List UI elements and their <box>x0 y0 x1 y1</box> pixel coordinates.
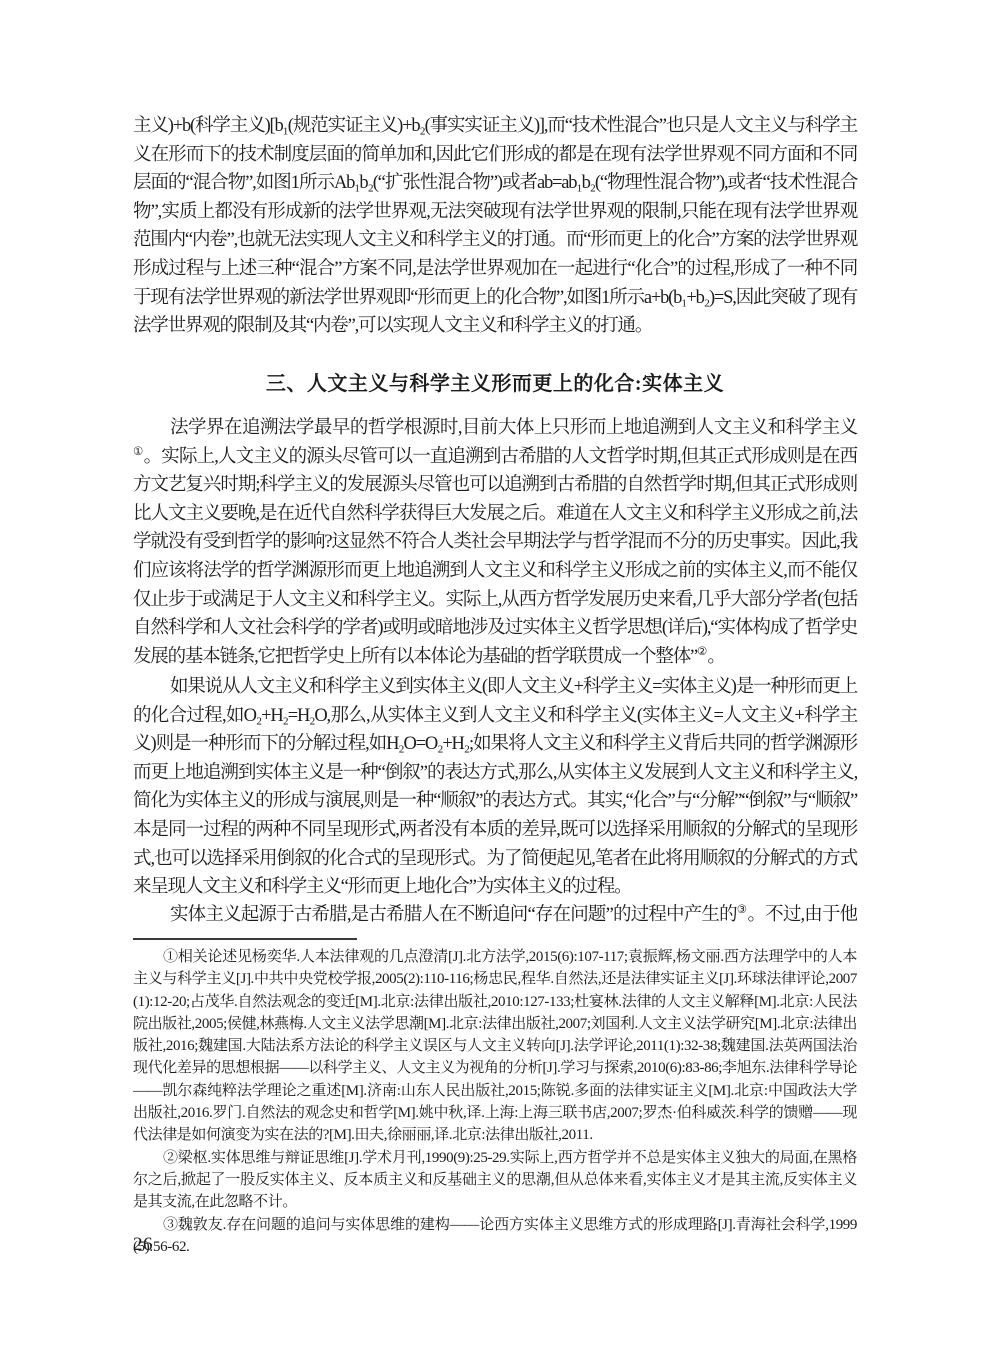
footnote-separator-rule <box>133 938 357 940</box>
paper-page: 主义)+b(科学主义)[b₁(规范实证主义)+b₂(事实实证主义)],而“技术性… <box>0 0 1000 1347</box>
section-heading: 三、人文主义与科学主义形而更上的化合:实体主义 <box>133 367 857 396</box>
footnotes-section: ①相关论述见杨奕华.人本法律观的几点澄清[J].北方法学,2015(6):107… <box>133 946 857 1258</box>
footnote-2: ②梁枢.实体思维与辩证思维[J].学术月刊,1990(9):25-29.实际上,… <box>133 1147 857 1214</box>
body-paragraph-1: 主义)+b(科学主义)[b₁(规范实证主义)+b₂(事实实证主义)],而“技术性… <box>133 112 857 341</box>
body-paragraph-2: 法学界在追溯法学最早的哲学根源时,目前大体上只形而上地追溯到人文主义和科学主义①… <box>133 414 857 671</box>
page-number: 26 <box>133 1234 153 1256</box>
body-paragraph-4: 实体主义起源于古希腊,是古希腊人在不断追问“存在问题”的过程中产生的③。不过,由… <box>133 901 857 931</box>
footnote-1: ①相关论述见杨奕华.人本法律观的几点澄清[J].北方法学,2015(6):107… <box>133 946 857 1147</box>
footnote-3: ③魏敦友.存在问题的追问与实体思维的建构——论西方实体主义思维方式的形成理路[J… <box>133 1214 857 1259</box>
body-paragraph-3: 如果说从人文主义和科学主义到实体主义(即人文主义+科学主义=实体主义)是一种形而… <box>133 673 857 902</box>
